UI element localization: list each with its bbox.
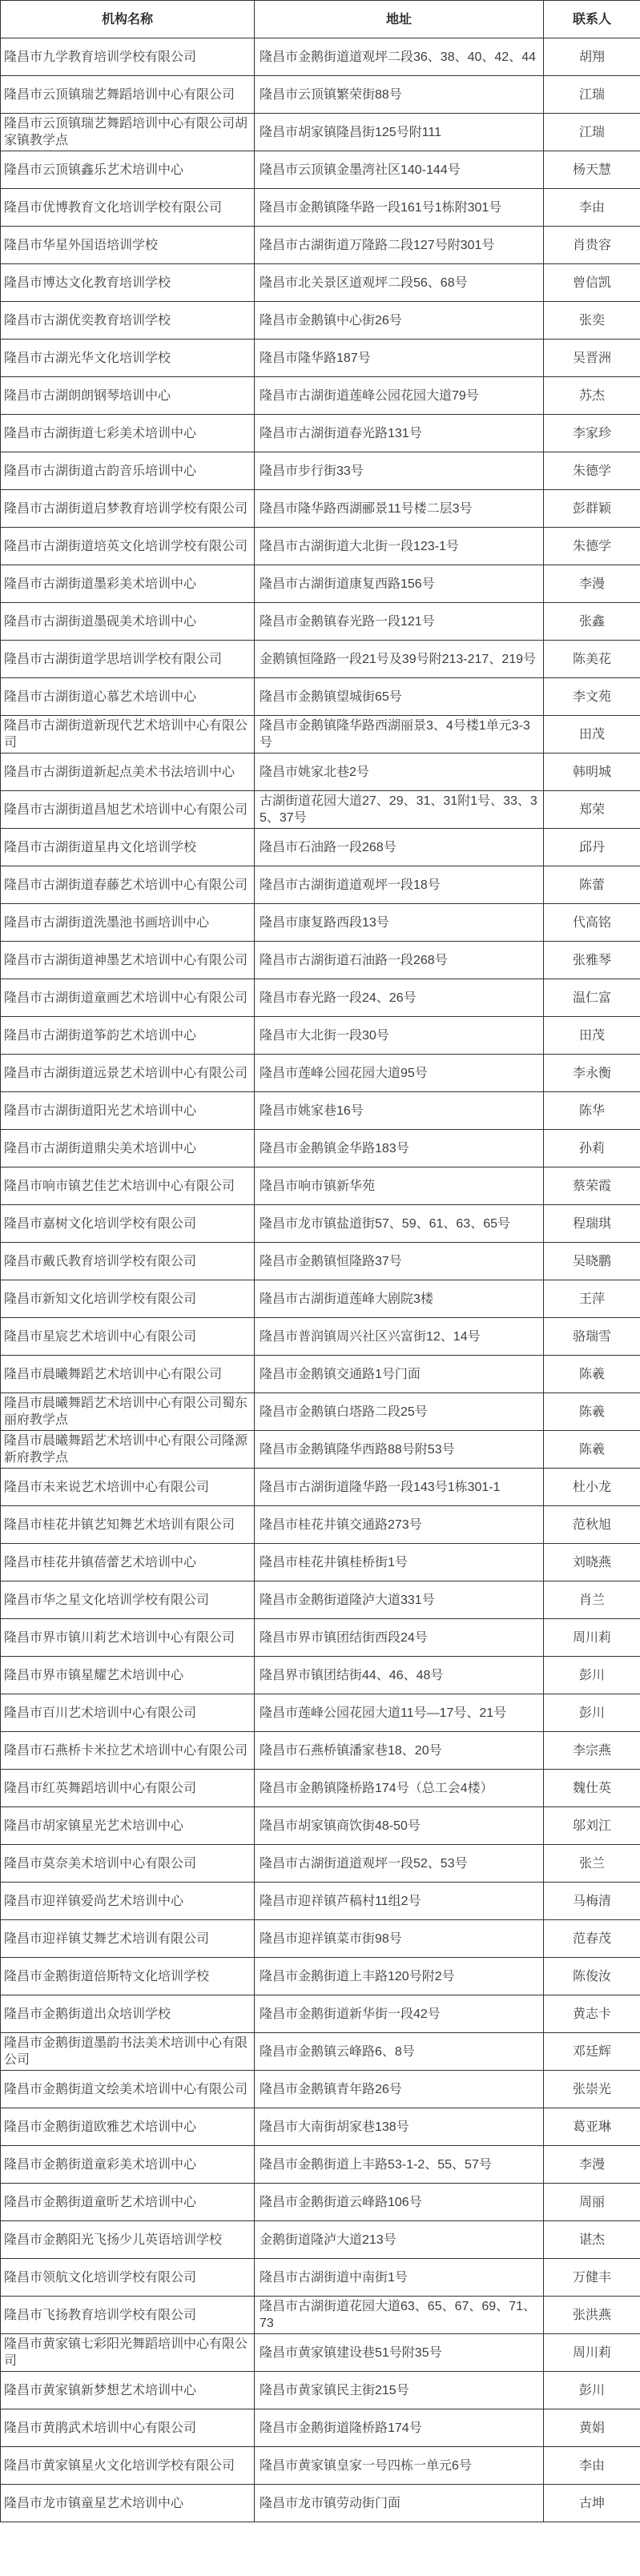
contact-cell: 古坤 xyxy=(544,2485,640,2522)
institution-name-cell: 隆昌市红英舞蹈培训中心有限公司 xyxy=(1,1770,255,1807)
address-cell: 隆昌市龙市镇盐道街57、59、61、63、65号 xyxy=(255,1205,544,1243)
table-row: 隆昌市古湖优奕教育培训学校隆昌市金鹅镇中心街26号张奕 xyxy=(1,302,640,340)
contact-cell: 骆瑞雪 xyxy=(544,1318,640,1356)
address-cell: 隆昌市金鹅街道新华街一段42号 xyxy=(255,1995,544,2033)
address-cell: 隆昌市金鹅镇隆桥路174号（总工会4楼） xyxy=(255,1770,544,1807)
address-cell: 隆昌市黄家镇皇家一号四栋一单元6号 xyxy=(255,2447,544,2485)
institution-name-cell: 隆昌市金鹅街道文绘美术培训中心有限公司 xyxy=(1,2071,255,2108)
table-row: 隆昌市古湖街道远景艺术培训中心有限公司隆昌市莲峰公园花园大道95号李永衡 xyxy=(1,1055,640,1092)
table-row: 隆昌市迎祥镇艾舞艺术培训有限公司隆昌市迎祥镇菜市街98号范春茂 xyxy=(1,1920,640,1958)
table-row: 隆昌市金鹅街道倍斯特文化培训学校隆昌市金鹅街道上丰路120号附2号陈俊汝 xyxy=(1,1958,640,1995)
institution-name-cell: 隆昌市古湖街道昌旭艺术培训中心有限公司 xyxy=(1,791,255,829)
address-cell: 隆昌市云顶镇金墨湾社区140-144号 xyxy=(255,151,544,189)
table-row: 隆昌市古湖街道新起点美术书法培训中心隆昌市姚家北巷2号韩明城 xyxy=(1,754,640,791)
institution-name-cell: 隆昌市云顶镇瑞艺舞蹈培训中心有限公司胡家镇教学点 xyxy=(1,114,255,151)
address-cell: 隆昌市古湖街道花园大道63、65、67、69、71、73 xyxy=(255,2297,544,2334)
contact-cell: 杜小龙 xyxy=(544,1469,640,1506)
institution-name-cell: 隆昌市晨曦舞蹈艺术培训中心有限公司隆源新府教学点 xyxy=(1,1431,255,1469)
contact-cell: 陈俊汝 xyxy=(544,1958,640,1995)
institution-name-cell: 隆昌市古湖街道墨砚美术培训中心 xyxy=(1,603,255,641)
table-row: 隆昌市黄家镇星火文化培训学校有限公司隆昌市黄家镇皇家一号四栋一单元6号李由 xyxy=(1,2447,640,2485)
address-cell: 隆昌市胡家镇商饮街48-50号 xyxy=(255,1807,544,1845)
institutions-table: 机构名称 地址 联系人 隆昌市九学教育培训学校有限公司隆昌市金鹅街道道观坪二段3… xyxy=(0,0,640,2522)
table-row: 隆昌市晨曦舞蹈艺术培训中心有限公司隆昌市金鹅镇交通路1号门面陈羲 xyxy=(1,1356,640,1393)
address-cell: 隆昌市金鹅镇白塔路二段25号 xyxy=(255,1393,544,1431)
address-cell: 隆昌市莲峰公园花园大道11号—17号、21号 xyxy=(255,1694,544,1732)
table-row: 隆昌市金鹅阳光飞扬少儿英语培训学校金鹅街道隆泸大道213号谌杰 xyxy=(1,2221,640,2259)
address-cell: 隆昌市金鹅镇春光路一段121号 xyxy=(255,603,544,641)
institution-name-cell: 隆昌市云顶镇瑞艺舞蹈培训中心有限公司 xyxy=(1,76,255,114)
contact-cell: 周川莉 xyxy=(544,1619,640,1657)
address-cell: 隆昌市北关景区道观坪二段56、68号 xyxy=(255,264,544,302)
contact-cell: 刘晓燕 xyxy=(544,1544,640,1581)
institution-name-cell: 隆昌市古湖街道新现代艺术培训中心有限公司 xyxy=(1,716,255,754)
table-row: 隆昌市古湖朗朗钢琴培训中心隆昌市古湖街道莲峰公园花园大道79号苏杰 xyxy=(1,377,640,415)
address-cell: 隆昌市桂花井镇桂桥街1号 xyxy=(255,1544,544,1581)
contact-cell: 吴晓鹏 xyxy=(544,1243,640,1280)
table-row: 隆昌市胡家镇星光艺术培训中心隆昌市胡家镇商饮街48-50号邬刘江 xyxy=(1,1807,640,1845)
address-cell: 隆昌市龙市镇劳动街门面 xyxy=(255,2485,544,2522)
address-cell: 隆昌市春光路一段24、26号 xyxy=(255,979,544,1017)
table-row: 隆昌市古湖光华文化培训学校隆昌市隆华路187号吴晋洲 xyxy=(1,340,640,377)
address-cell: 隆昌市迎祥镇芦稿村11组2号 xyxy=(255,1883,544,1920)
table-row: 隆昌市金鹅街道墨韵书法美术培训中心有限公司隆昌市金鹅镇云峰路6、8号邓廷辉 xyxy=(1,2033,640,2071)
address-cell: 金鹅镇恒隆路一段21号及39号附213-217、219号 xyxy=(255,641,544,678)
institution-name-cell: 隆昌市界市镇川莉艺术培训中心有限公司 xyxy=(1,1619,255,1657)
contact-cell: 陈美花 xyxy=(544,641,640,678)
contact-cell: 张洪燕 xyxy=(544,2297,640,2334)
contact-cell: 万健丰 xyxy=(544,2259,640,2297)
table-row: 隆昌市晨曦舞蹈艺术培训中心有限公司蜀东丽府教学点隆昌市金鹅镇白塔路二段25号陈羲 xyxy=(1,1393,640,1431)
institution-name-cell: 隆昌市古湖街道神墨艺术培训中心有限公司 xyxy=(1,942,255,979)
address-cell: 隆昌市石燕桥镇潘家巷18、20号 xyxy=(255,1732,544,1770)
address-cell: 隆昌市普润镇周兴社区兴富街12、14号 xyxy=(255,1318,544,1356)
table-row: 隆昌市古湖街道古韵音乐培训中心隆昌市步行街33号朱德学 xyxy=(1,452,640,490)
contact-cell: 蔡荣霞 xyxy=(544,1167,640,1205)
contact-cell: 邬刘江 xyxy=(544,1807,640,1845)
address-cell: 隆昌市大南街胡家巷138号 xyxy=(255,2108,544,2146)
table-row: 隆昌市新知文化培训学校有限公司隆昌市古湖街道莲峰大剧院3楼王萍 xyxy=(1,1280,640,1318)
address-cell: 隆昌市古湖街道中南街1号 xyxy=(255,2259,544,2297)
address-cell: 隆昌市石油路一段268号 xyxy=(255,829,544,866)
contact-cell: 李宗燕 xyxy=(544,1732,640,1770)
institution-name-cell: 隆昌市古湖街道远景艺术培训中心有限公司 xyxy=(1,1055,255,1092)
table-header: 机构名称 地址 联系人 xyxy=(1,1,640,38)
address-cell: 隆昌市姚家北巷2号 xyxy=(255,754,544,791)
address-cell: 隆昌市金鹅街道道观坪二段36、38、40、42、44 xyxy=(255,38,544,76)
address-cell: 隆昌市古湖街道康复西路156号 xyxy=(255,565,544,603)
institution-name-cell: 隆昌市界市镇星耀艺术培训中心 xyxy=(1,1657,255,1694)
address-cell: 隆昌市胡家镇隆昌街125号附111 xyxy=(255,114,544,151)
table-row: 隆昌市莫奈美术培训中心有限公司隆昌市古湖街道道观坪一段52、53号张兰 xyxy=(1,1845,640,1883)
address-cell: 隆昌市云顶镇繁荣街88号 xyxy=(255,76,544,114)
contact-cell: 李漫 xyxy=(544,2146,640,2184)
table-row: 隆昌市桂花井镇蓓蕾艺术培训中心隆昌市桂花井镇桂桥街1号刘晓燕 xyxy=(1,1544,640,1581)
institution-name-cell: 隆昌市金鹅街道墨韵书法美术培训中心有限公司 xyxy=(1,2033,255,2071)
institution-name-cell: 隆昌市古湖街道学思培训学校有限公司 xyxy=(1,641,255,678)
contact-cell: 陈羲 xyxy=(544,1356,640,1393)
contact-cell: 程瑞琪 xyxy=(544,1205,640,1243)
contact-cell: 江瑞 xyxy=(544,114,640,151)
institution-name-cell: 隆昌市飞扬教育培训学校有限公司 xyxy=(1,2297,255,2334)
address-cell: 隆昌市黄家镇民主街215号 xyxy=(255,2372,544,2409)
table-row: 隆昌市未来说艺术培训中心有限公司隆昌市古湖街道隆华路一段143号1栋301-1杜… xyxy=(1,1469,640,1506)
address-cell: 隆昌市金鹅街道隆泸大道331号 xyxy=(255,1581,544,1619)
contact-cell: 李家珍 xyxy=(544,415,640,452)
address-cell: 隆昌市金鹅镇交通路1号门面 xyxy=(255,1356,544,1393)
institution-name-cell: 隆昌市古湖光华文化培训学校 xyxy=(1,340,255,377)
table-row: 隆昌市博达文化教育培训学校隆昌市北关景区道观坪二段56、68号曾信凯 xyxy=(1,264,640,302)
contact-cell: 田茂 xyxy=(544,1017,640,1055)
contact-cell: 黄志卡 xyxy=(544,1995,640,2033)
institution-name-cell: 隆昌市优博教育文化培训学校有限公司 xyxy=(1,189,255,227)
table-row: 隆昌市华星外国语培训学校隆昌市古湖街道万隆路二段127号附301号肖贵容 xyxy=(1,227,640,264)
table-row: 隆昌市云顶镇瑞艺舞蹈培训中心有限公司胡家镇教学点隆昌市胡家镇隆昌街125号附11… xyxy=(1,114,640,151)
table-row: 隆昌市黄家镇七彩阳光舞蹈培训中心有限公司隆昌市黄家镇建设巷51号附35号周川莉 xyxy=(1,2334,640,2372)
contact-cell: 李由 xyxy=(544,189,640,227)
institution-name-cell: 隆昌市金鹅街道欧雅艺术培训中心 xyxy=(1,2108,255,2146)
institution-name-cell: 隆昌市胡家镇星光艺术培训中心 xyxy=(1,1807,255,1845)
contact-cell: 李永衡 xyxy=(544,1055,640,1092)
contact-cell: 郑荣 xyxy=(544,791,640,829)
address-cell: 隆昌市金鹅镇青年路26号 xyxy=(255,2071,544,2108)
address-cell: 隆昌市黄家镇建设巷51号附35号 xyxy=(255,2334,544,2372)
address-cell: 隆昌市金鹅镇金华路183号 xyxy=(255,1130,544,1167)
table-row: 隆昌市星宸艺术培训中心有限公司隆昌市普润镇周兴社区兴富街12、14号骆瑞雪 xyxy=(1,1318,640,1356)
contact-cell: 彭川 xyxy=(544,2372,640,2409)
address-cell: 隆昌市姚家巷16号 xyxy=(255,1092,544,1130)
table-row: 隆昌市古湖街道星冉文化培训学校隆昌市石油路一段268号邱丹 xyxy=(1,829,640,866)
table-row: 隆昌市云顶镇瑞艺舞蹈培训中心有限公司隆昌市云顶镇繁荣街88号江瑞 xyxy=(1,76,640,114)
institution-name-cell: 隆昌市桂花井镇蓓蕾艺术培训中心 xyxy=(1,1544,255,1581)
table-row: 隆昌市古湖街道新现代艺术培训中心有限公司隆昌市金鹅镇隆华路西湖丽景3、4号楼1单… xyxy=(1,716,640,754)
contact-cell: 谌杰 xyxy=(544,2221,640,2259)
address-cell: 隆昌市古湖街道隆华路一段143号1栋301-1 xyxy=(255,1469,544,1506)
table-row: 隆昌市古湖街道培英文化培训学校有限公司隆昌市古湖街道大北街一段123-1号朱德学 xyxy=(1,528,640,565)
address-cell: 隆昌市金鹅街道上丰路120号附2号 xyxy=(255,1958,544,1995)
institution-name-cell: 隆昌市晨曦舞蹈艺术培训中心有限公司 xyxy=(1,1356,255,1393)
table-row: 隆昌市古湖街道学思培训学校有限公司金鹅镇恒隆路一段21号及39号附213-217… xyxy=(1,641,640,678)
institution-name-cell: 隆昌市古湖朗朗钢琴培训中心 xyxy=(1,377,255,415)
contact-cell: 朱德学 xyxy=(544,528,640,565)
institution-name-cell: 隆昌市响市镇艺佳艺术培训中心有限公司 xyxy=(1,1167,255,1205)
institution-name-cell: 隆昌市古湖街道古韵音乐培训中心 xyxy=(1,452,255,490)
institution-name-cell: 隆昌市黄鹃武术培训中心有限公司 xyxy=(1,2409,255,2447)
table-body: 隆昌市九学教育培训学校有限公司隆昌市金鹅街道道观坪二段36、38、40、42、4… xyxy=(1,38,640,2522)
table-row: 隆昌市古湖街道墨彩美术培训中心隆昌市古湖街道康复西路156号李漫 xyxy=(1,565,640,603)
address-cell: 隆昌市古湖街道春光路131号 xyxy=(255,415,544,452)
contact-cell: 吴晋洲 xyxy=(544,340,640,377)
contact-cell: 胡翔 xyxy=(544,38,640,76)
institution-name-cell: 隆昌市新知文化培训学校有限公司 xyxy=(1,1280,255,1318)
institution-name-cell: 隆昌市古湖街道星冉文化培训学校 xyxy=(1,829,255,866)
institution-name-cell: 隆昌市古湖街道培英文化培训学校有限公司 xyxy=(1,528,255,565)
contact-cell: 代高铭 xyxy=(544,904,640,942)
address-cell: 隆昌市莲峰公园花园大道95号 xyxy=(255,1055,544,1092)
institution-name-cell: 隆昌市博达文化教育培训学校 xyxy=(1,264,255,302)
table-row: 隆昌市古湖街道墨砚美术培训中心隆昌市金鹅镇春光路一段121号张鑫 xyxy=(1,603,640,641)
table-row: 隆昌市古湖街道昌旭艺术培训中心有限公司古湖街道花园大道27、29、31、31附1… xyxy=(1,791,640,829)
institution-name-cell: 隆昌市石燕桥卡米拉艺术培训中心有限公司 xyxy=(1,1732,255,1770)
table-row: 隆昌市界市镇星耀艺术培训中心隆昌界市镇团结街44、46、48号彭川 xyxy=(1,1657,640,1694)
contact-cell: 李漫 xyxy=(544,565,640,603)
contact-cell: 陈华 xyxy=(544,1092,640,1130)
table-row: 隆昌市界市镇川莉艺术培训中心有限公司隆昌市界市镇团结街西段24号周川莉 xyxy=(1,1619,640,1657)
table-row: 隆昌市响市镇艺佳艺术培训中心有限公司隆昌市响市镇新华苑蔡荣霞 xyxy=(1,1167,640,1205)
institution-name-cell: 隆昌市古湖街道新起点美术书法培训中心 xyxy=(1,754,255,791)
institution-name-cell: 隆昌市金鹅街道童彩美术培训中心 xyxy=(1,2146,255,2184)
contact-cell: 田茂 xyxy=(544,716,640,754)
contact-cell: 杨天慧 xyxy=(544,151,640,189)
contact-cell: 韩明城 xyxy=(544,754,640,791)
institution-name-cell: 隆昌市古湖街道春藤艺术培训中心有限公司 xyxy=(1,866,255,904)
table-row: 隆昌市黄家镇新梦想艺术培训中心隆昌市黄家镇民主街215号彭川 xyxy=(1,2372,640,2409)
contact-cell: 马梅清 xyxy=(544,1883,640,1920)
address-cell: 隆昌市金鹅街道隆桥路174号 xyxy=(255,2409,544,2447)
table-row: 隆昌市金鹅街道出众培训学校隆昌市金鹅街道新华街一段42号黄志卡 xyxy=(1,1995,640,2033)
address-cell: 隆昌市隆华路西湖郦景11号楼二层3号 xyxy=(255,490,544,528)
institution-name-cell: 隆昌市古湖街道七彩美术培训中心 xyxy=(1,415,255,452)
institution-name-cell: 隆昌市领航文化培训学校有限公司 xyxy=(1,2259,255,2297)
institution-name-cell: 隆昌市晨曦舞蹈艺术培训中心有限公司蜀东丽府教学点 xyxy=(1,1393,255,1431)
address-cell: 隆昌市金鹅街道上丰路53-1-2、55、57号 xyxy=(255,2146,544,2184)
institution-name-cell: 隆昌市黄家镇新梦想艺术培训中心 xyxy=(1,2372,255,2409)
address-cell: 隆昌市金鹅镇中心街26号 xyxy=(255,302,544,340)
contact-cell: 张奕 xyxy=(544,302,640,340)
table-row: 隆昌市金鹅街道欧雅艺术培训中心隆昌市大南街胡家巷138号葛亚琳 xyxy=(1,2108,640,2146)
table-row: 隆昌市黄鹃武术培训中心有限公司隆昌市金鹅街道隆桥路174号黄娟 xyxy=(1,2409,640,2447)
institution-name-cell: 隆昌市黄家镇星火文化培训学校有限公司 xyxy=(1,2447,255,2485)
address-cell: 古湖街道花园大道27、29、31、31附1号、33、35、37号 xyxy=(255,791,544,829)
header-contact: 联系人 xyxy=(544,1,640,38)
address-cell: 隆昌市古湖街道大北街一段123-1号 xyxy=(255,528,544,565)
contact-cell: 周川莉 xyxy=(544,2334,640,2372)
table-row: 隆昌市嘉树文化培训学校有限公司隆昌市龙市镇盐道街57、59、61、63、65号程… xyxy=(1,1205,640,1243)
institution-name-cell: 隆昌市古湖街道阳光艺术培训中心 xyxy=(1,1092,255,1130)
table-row: 隆昌市优博教育文化培训学校有限公司隆昌市金鹅镇隆华路一段161号1栋附301号李… xyxy=(1,189,640,227)
header-institution-name: 机构名称 xyxy=(1,1,255,38)
institution-name-cell: 隆昌市龙市镇童星艺术培训中心 xyxy=(1,2485,255,2522)
contact-cell: 彭川 xyxy=(544,1657,640,1694)
contact-cell: 彭川 xyxy=(544,1694,640,1732)
address-cell: 隆昌市康复路西段13号 xyxy=(255,904,544,942)
institution-name-cell: 隆昌市古湖街道洗墨池书画培训中心 xyxy=(1,904,255,942)
contact-cell: 陈羲 xyxy=(544,1431,640,1469)
contact-cell: 张鑫 xyxy=(544,603,640,641)
address-cell: 隆昌界市镇团结街44、46、48号 xyxy=(255,1657,544,1694)
institution-name-cell: 隆昌市古湖街道启梦教育培训学校有限公司 xyxy=(1,490,255,528)
table-row: 隆昌市古湖街道童画艺术培训中心有限公司隆昌市春光路一段24、26号温仁富 xyxy=(1,979,640,1017)
table-row: 隆昌市金鹅街道童昕艺术培训中心隆昌市金鹅街道云峰路106号周丽 xyxy=(1,2184,640,2221)
contact-cell: 魏仕英 xyxy=(544,1770,640,1807)
institution-name-cell: 隆昌市古湖优奕教育培训学校 xyxy=(1,302,255,340)
contact-cell: 肖贵容 xyxy=(544,227,640,264)
table-row: 隆昌市金鹅街道文绘美术培训中心有限公司隆昌市金鹅镇青年路26号张崇光 xyxy=(1,2071,640,2108)
contact-cell: 陈羲 xyxy=(544,1393,640,1431)
address-cell: 隆昌市古湖街道莲峰公园花园大道79号 xyxy=(255,377,544,415)
contact-cell: 张崇光 xyxy=(544,2071,640,2108)
table-row: 隆昌市迎祥镇爱尚艺术培训中心隆昌市迎祥镇芦稿村11组2号马梅清 xyxy=(1,1883,640,1920)
institution-name-cell: 隆昌市古湖街道鼎尖美术培训中心 xyxy=(1,1130,255,1167)
institution-name-cell: 隆昌市古湖街道心慕艺术培训中心 xyxy=(1,678,255,716)
contact-cell: 苏杰 xyxy=(544,377,640,415)
contact-cell: 黄娟 xyxy=(544,2409,640,2447)
table-row: 隆昌市晨曦舞蹈艺术培训中心有限公司隆源新府教学点隆昌市金鹅镇隆华西路88号附53… xyxy=(1,1431,640,1469)
contact-cell: 邱丹 xyxy=(544,829,640,866)
contact-cell: 肖兰 xyxy=(544,1581,640,1619)
contact-cell: 江瑞 xyxy=(544,76,640,114)
contact-cell: 彭群颖 xyxy=(544,490,640,528)
table-row: 隆昌市百川艺术培训中心有限公司隆昌市莲峰公园花园大道11号—17号、21号彭川 xyxy=(1,1694,640,1732)
institution-name-cell: 隆昌市未来说艺术培训中心有限公司 xyxy=(1,1469,255,1506)
contact-cell: 葛亚琳 xyxy=(544,2108,640,2146)
header-address: 地址 xyxy=(255,1,544,38)
address-cell: 隆昌市迎祥镇菜市街98号 xyxy=(255,1920,544,1958)
institution-name-cell: 隆昌市星宸艺术培训中心有限公司 xyxy=(1,1318,255,1356)
institution-name-cell: 隆昌市古湖街道筝韵艺术培训中心 xyxy=(1,1017,255,1055)
address-cell: 隆昌市金鹅镇隆华西路88号附53号 xyxy=(255,1431,544,1469)
table-row: 隆昌市飞扬教育培训学校有限公司隆昌市古湖街道花园大道63、65、67、69、71… xyxy=(1,2297,640,2334)
header-row: 机构名称 地址 联系人 xyxy=(1,1,640,38)
table-row: 隆昌市古湖街道心慕艺术培训中心隆昌市金鹅镇望城街65号李文苑 xyxy=(1,678,640,716)
institution-name-cell: 隆昌市金鹅阳光飞扬少儿英语培训学校 xyxy=(1,2221,255,2259)
table-row: 隆昌市古湖街道启梦教育培训学校有限公司隆昌市隆华路西湖郦景11号楼二层3号彭群颖 xyxy=(1,490,640,528)
contact-cell: 朱德学 xyxy=(544,452,640,490)
address-cell: 隆昌市响市镇新华苑 xyxy=(255,1167,544,1205)
address-cell: 隆昌市金鹅镇望城街65号 xyxy=(255,678,544,716)
address-cell: 隆昌市隆华路187号 xyxy=(255,340,544,377)
institution-name-cell: 隆昌市迎祥镇爱尚艺术培训中心 xyxy=(1,1883,255,1920)
address-cell: 隆昌市古湖街道道观坪一段18号 xyxy=(255,866,544,904)
institution-name-cell: 隆昌市华星外国语培训学校 xyxy=(1,227,255,264)
address-cell: 隆昌市金鹅街道云峰路106号 xyxy=(255,2184,544,2221)
table-row: 隆昌市古湖街道七彩美术培训中心隆昌市古湖街道春光路131号李家珍 xyxy=(1,415,640,452)
contact-cell: 王萍 xyxy=(544,1280,640,1318)
contact-cell: 曾信凯 xyxy=(544,264,640,302)
table-row: 隆昌市古湖街道洗墨池书画培训中心隆昌市康复路西段13号代高铭 xyxy=(1,904,640,942)
address-cell: 隆昌市大北街一段30号 xyxy=(255,1017,544,1055)
institution-name-cell: 隆昌市黄家镇七彩阳光舞蹈培训中心有限公司 xyxy=(1,2334,255,2372)
table-row: 隆昌市古湖街道阳光艺术培训中心隆昌市姚家巷16号陈华 xyxy=(1,1092,640,1130)
contact-cell: 范春茂 xyxy=(544,1920,640,1958)
institution-name-cell: 隆昌市金鹅街道倍斯特文化培训学校 xyxy=(1,1958,255,1995)
address-cell: 金鹅街道隆泸大道213号 xyxy=(255,2221,544,2259)
address-cell: 隆昌市界市镇团结街西段24号 xyxy=(255,1619,544,1657)
institution-name-cell: 隆昌市古湖街道墨彩美术培训中心 xyxy=(1,565,255,603)
contact-cell: 孙莉 xyxy=(544,1130,640,1167)
institution-name-cell: 隆昌市莫奈美术培训中心有限公司 xyxy=(1,1845,255,1883)
institution-name-cell: 隆昌市嘉树文化培训学校有限公司 xyxy=(1,1205,255,1243)
address-cell: 隆昌市古湖街道莲峰大剧院3楼 xyxy=(255,1280,544,1318)
address-cell: 隆昌市古湖街道石油路一段268号 xyxy=(255,942,544,979)
table-row: 隆昌市领航文化培训学校有限公司隆昌市古湖街道中南街1号万健丰 xyxy=(1,2259,640,2297)
contact-cell: 温仁富 xyxy=(544,979,640,1017)
contact-cell: 周丽 xyxy=(544,2184,640,2221)
address-cell: 隆昌市金鹅镇云峰路6、8号 xyxy=(255,2033,544,2071)
institution-name-cell: 隆昌市百川艺术培训中心有限公司 xyxy=(1,1694,255,1732)
contact-cell: 张兰 xyxy=(544,1845,640,1883)
institution-name-cell: 隆昌市戴氏教育培训学校有限公司 xyxy=(1,1243,255,1280)
contact-cell: 邓廷辉 xyxy=(544,2033,640,2071)
table-row: 隆昌市古湖街道神墨艺术培训中心有限公司隆昌市古湖街道石油路一段268号张雅琴 xyxy=(1,942,640,979)
table-row: 隆昌市云顶镇鑫乐艺术培训中心隆昌市云顶镇金墨湾社区140-144号杨天慧 xyxy=(1,151,640,189)
table-row: 隆昌市龙市镇童星艺术培训中心隆昌市龙市镇劳动街门面古坤 xyxy=(1,2485,640,2522)
table-row: 隆昌市古湖街道筝韵艺术培训中心隆昌市大北街一段30号田茂 xyxy=(1,1017,640,1055)
table-row: 隆昌市九学教育培训学校有限公司隆昌市金鹅街道道观坪二段36、38、40、42、4… xyxy=(1,38,640,76)
address-cell: 隆昌市金鹅镇恒隆路37号 xyxy=(255,1243,544,1280)
table-row: 隆昌市戴氏教育培训学校有限公司隆昌市金鹅镇恒隆路37号吴晓鹏 xyxy=(1,1243,640,1280)
contact-cell: 陈蕾 xyxy=(544,866,640,904)
address-cell: 隆昌市古湖街道万隆路二段127号附301号 xyxy=(255,227,544,264)
institution-name-cell: 隆昌市迎祥镇艾舞艺术培训有限公司 xyxy=(1,1920,255,1958)
address-cell: 隆昌市桂花井镇交通路273号 xyxy=(255,1506,544,1544)
table-row: 隆昌市石燕桥卡米拉艺术培训中心有限公司隆昌市石燕桥镇潘家巷18、20号李宗燕 xyxy=(1,1732,640,1770)
table-row: 隆昌市红英舞蹈培训中心有限公司隆昌市金鹅镇隆桥路174号（总工会4楼）魏仕英 xyxy=(1,1770,640,1807)
address-cell: 隆昌市古湖街道道观坪一段52、53号 xyxy=(255,1845,544,1883)
contact-cell: 李由 xyxy=(544,2447,640,2485)
table-row: 隆昌市金鹅街道童彩美术培训中心隆昌市金鹅街道上丰路53-1-2、55、57号李漫 xyxy=(1,2146,640,2184)
contact-cell: 张雅琴 xyxy=(544,942,640,979)
table-row: 隆昌市华之星文化培训学校有限公司隆昌市金鹅街道隆泸大道331号肖兰 xyxy=(1,1581,640,1619)
institution-name-cell: 隆昌市金鹅街道童昕艺术培训中心 xyxy=(1,2184,255,2221)
institution-name-cell: 隆昌市古湖街道童画艺术培训中心有限公司 xyxy=(1,979,255,1017)
address-cell: 隆昌市金鹅镇隆华路西湖丽景3、4号楼1单元3-3号 xyxy=(255,716,544,754)
institution-name-cell: 隆昌市九学教育培训学校有限公司 xyxy=(1,38,255,76)
institution-name-cell: 隆昌市金鹅街道出众培训学校 xyxy=(1,1995,255,2033)
contact-cell: 范秋旭 xyxy=(544,1506,640,1544)
page: 机构名称 地址 联系人 隆昌市九学教育培训学校有限公司隆昌市金鹅街道道观坪二段3… xyxy=(0,0,640,2522)
institution-name-cell: 隆昌市云顶镇鑫乐艺术培训中心 xyxy=(1,151,255,189)
institution-name-cell: 隆昌市桂花井镇艺知舞艺术培训有限公司 xyxy=(1,1506,255,1544)
address-cell: 隆昌市金鹅镇隆华路一段161号1栋附301号 xyxy=(255,189,544,227)
table-row: 隆昌市古湖街道春藤艺术培训中心有限公司隆昌市古湖街道道观坪一段18号陈蕾 xyxy=(1,866,640,904)
address-cell: 隆昌市步行街33号 xyxy=(255,452,544,490)
table-row: 隆昌市古湖街道鼎尖美术培训中心隆昌市金鹅镇金华路183号孙莉 xyxy=(1,1130,640,1167)
institution-name-cell: 隆昌市华之星文化培训学校有限公司 xyxy=(1,1581,255,1619)
contact-cell: 李文苑 xyxy=(544,678,640,716)
table-row: 隆昌市桂花井镇艺知舞艺术培训有限公司隆昌市桂花井镇交通路273号范秋旭 xyxy=(1,1506,640,1544)
